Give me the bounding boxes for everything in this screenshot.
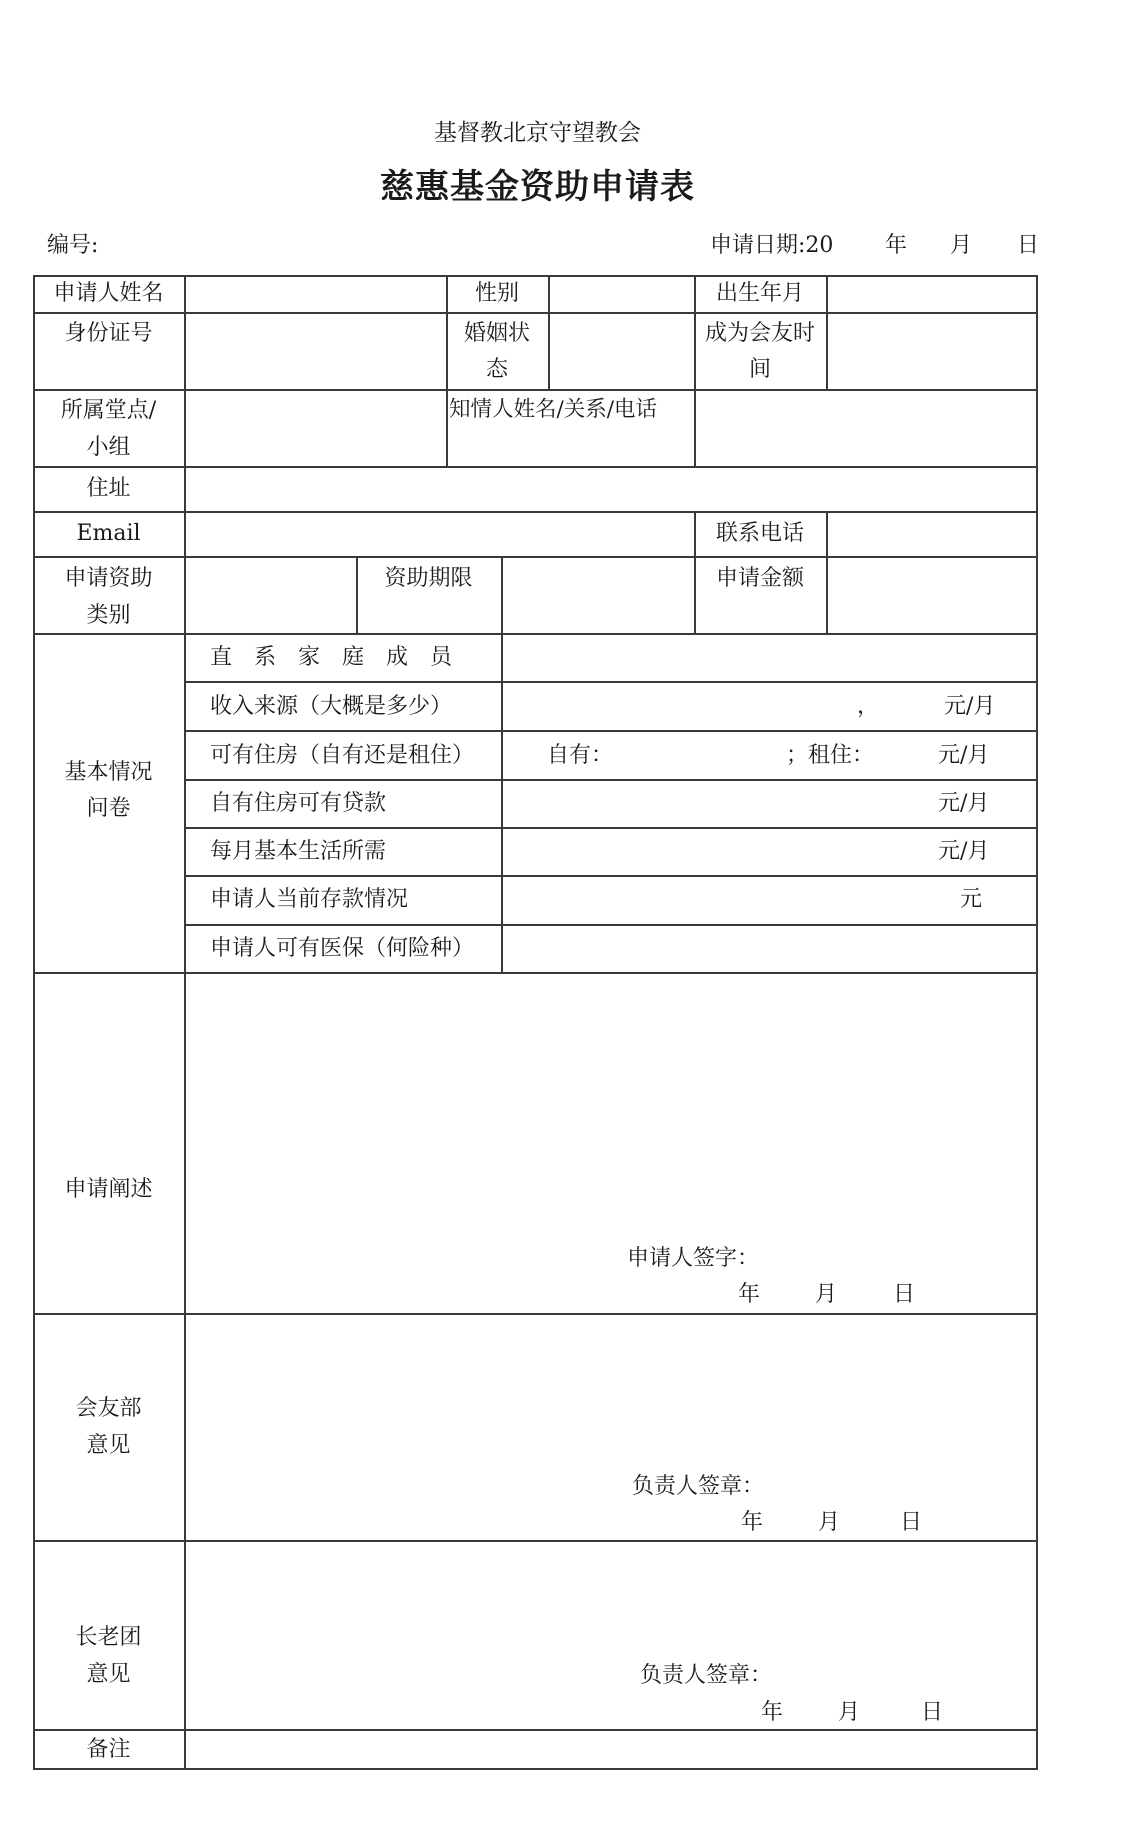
- income-comma: ，: [857, 694, 879, 720]
- birth-date-field[interactable]: [828, 277, 1034, 311]
- date-month-label: 月: [950, 233, 972, 259]
- elders-year-label: 年: [761, 1700, 783, 1726]
- id-number-label: 身份证号: [33, 321, 184, 347]
- housing-rent-unit: 元/月: [938, 743, 989, 769]
- elders-opinion-field[interactable]: [186, 1542, 1034, 1728]
- living-cost-label: 每月基本生活所需: [210, 839, 386, 865]
- phone-label: 联系电话: [694, 521, 826, 547]
- member-dept-year-label: 年: [741, 1510, 763, 1536]
- housing-rent-field[interactable]: [870, 732, 936, 778]
- birth-date-label: 出生年月: [694, 281, 826, 307]
- member-dept-day-label: 日: [900, 1510, 922, 1536]
- statement-label: 申请阐述: [33, 1177, 184, 1203]
- family-members-field[interactable]: [503, 635, 1034, 680]
- id-number-field[interactable]: [186, 314, 444, 388]
- member-since-field[interactable]: [828, 314, 1034, 388]
- statement-day-label: 日: [893, 1282, 915, 1308]
- questionnaire-label: 基本情况: [33, 760, 184, 786]
- application-date-label: 申请日期:20: [710, 233, 833, 259]
- savings-label: 申请人当前存款情况: [210, 887, 408, 913]
- elders-day-label: 日: [921, 1700, 943, 1726]
- marital-status-field[interactable]: [550, 314, 692, 388]
- questionnaire-label-line2: 问卷: [33, 796, 184, 822]
- medical-insurance-field[interactable]: [503, 926, 1034, 971]
- date-year-label: 年: [885, 233, 907, 259]
- statement-year-label: 年: [738, 1282, 760, 1308]
- member-dept-label: 会友部: [33, 1396, 184, 1422]
- member-dept-label-line2: 意见: [33, 1433, 184, 1459]
- aid-period-field[interactable]: [503, 558, 692, 632]
- email-label: Email: [33, 521, 184, 547]
- remarks-field[interactable]: [186, 1731, 1034, 1767]
- marital-status-label: 婚姻状: [446, 321, 548, 347]
- member-dept-month-label: 月: [818, 1510, 840, 1536]
- savings-unit: 元: [960, 887, 982, 913]
- marital-status-label-line2: 态: [446, 357, 548, 383]
- medical-insurance-label: 申请人可有医保（何险种）: [210, 936, 474, 962]
- remarks-label: 备注: [33, 1737, 184, 1763]
- elders-label-line2: 意见: [33, 1662, 184, 1688]
- applicant-signature-label: 申请人签字：: [627, 1246, 759, 1272]
- savings-field[interactable]: [503, 877, 1034, 923]
- elders-label: 长老团: [33, 1625, 184, 1651]
- elders-month-label: 月: [838, 1700, 860, 1726]
- living-cost-unit: 元/月: [938, 839, 989, 865]
- gender-label: 性别: [446, 281, 548, 307]
- contact-person-label: 知情人姓名/关系/电话: [449, 397, 657, 423]
- member-since-label-line2: 间: [694, 357, 826, 383]
- page-title: 慈惠基金资助申请表: [0, 167, 1075, 207]
- address-field[interactable]: [186, 468, 1034, 510]
- housing-rent-label: ；租住：: [786, 743, 874, 769]
- address-label: 住址: [33, 476, 184, 502]
- aid-amount-label: 申请金额: [694, 566, 826, 592]
- phone-field[interactable]: [828, 513, 1034, 555]
- income-unit: 元/月: [944, 694, 995, 720]
- applicant-name-field[interactable]: [186, 277, 444, 311]
- organization-name: 基督教北京守望教会: [0, 120, 1075, 146]
- contact-person-field[interactable]: [696, 391, 1034, 465]
- aid-type-label: 申请资助: [33, 566, 184, 592]
- member-dept-signature-label: 负责人签章：: [632, 1474, 764, 1500]
- family-members-label: 直系家庭成员: [210, 645, 474, 671]
- elders-signature-label: 负责人签章：: [640, 1663, 772, 1689]
- income-source-label: 收入来源（大概是多少）: [210, 694, 452, 720]
- housing-label: 可有住房（自有还是租住）: [210, 743, 474, 769]
- aid-period-label: 资助期限: [356, 566, 501, 592]
- gender-field[interactable]: [550, 277, 692, 311]
- mortgage-label: 自有住房可有贷款: [210, 791, 386, 817]
- aid-amount-field[interactable]: [828, 558, 1034, 632]
- group-field[interactable]: [186, 391, 444, 465]
- group-label-line2: 小组: [33, 435, 184, 461]
- email-field[interactable]: [186, 513, 692, 555]
- column-divider: [446, 389, 448, 466]
- mortgage-unit: 元/月: [938, 791, 989, 817]
- statement-month-label: 月: [815, 1282, 837, 1308]
- aid-type-field[interactable]: [186, 558, 354, 632]
- aid-type-label-line2: 类别: [33, 603, 184, 629]
- member-since-label: 成为会友时: [694, 321, 826, 347]
- statement-textarea[interactable]: [186, 974, 1034, 1312]
- applicant-name-label: 申请人姓名: [33, 281, 184, 307]
- date-day-label: 日: [1017, 233, 1039, 259]
- form-number-label: 编号:: [47, 233, 98, 259]
- column-divider: [1036, 275, 1038, 1770]
- member-dept-opinion-field[interactable]: [186, 1315, 1034, 1539]
- group-label: 所属堂点/: [33, 398, 184, 424]
- housing-own-field[interactable]: [600, 732, 785, 778]
